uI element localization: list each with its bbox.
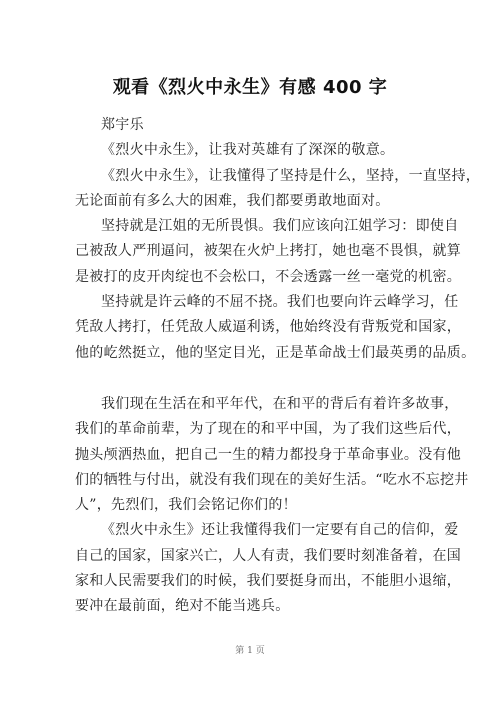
- text-line: 要冲在最前面，绝对不能当逃兵。: [75, 594, 395, 619]
- paragraph-gap: [75, 366, 395, 392]
- page-number: 第 1 页: [0, 643, 500, 656]
- text-line: 凭敌人拷打，任凭敌人威逼利诱，他始终没有背叛党和国家，: [75, 315, 395, 340]
- text-line: 坚持就是江姐的无所畏惧。我们应该向江姐学习：即使自: [75, 214, 395, 239]
- paragraph-block-1: 《烈火中永生》，让我对英雄有了深深的敬意。 《烈火中永生》，让我懂得了坚持是什么…: [75, 138, 395, 366]
- text-line: 我们的革命前辈，为了现在的和平中国，为了我们这些后代，: [75, 417, 395, 442]
- text-line: 家和人民需要我们的时候，我们要挺身而出，不能胆小退缩，: [75, 569, 395, 594]
- document-page: 观看《烈火中永生》有感 400 字 郑宇乐 《烈火中永生》，让我对英雄有了深深的…: [0, 0, 500, 708]
- text-line: 己被敌人严刑逼问，被架在火炉上拷打，她也毫不畏惧，就算: [75, 239, 395, 264]
- paragraph-block-2: 我们现在生活在和平年代，在和平的背后有着许多故事， 我们的革命前辈，为了现在的和…: [75, 392, 395, 620]
- document-body: 郑宇乐 《烈火中永生》，让我对英雄有了深深的敬意。 《烈火中永生》，让我懂得了坚…: [75, 113, 395, 620]
- author-line: 郑宇乐: [75, 113, 395, 138]
- text-line: 们的牺牲与付出，就没有我们现在的美好生活。“吃水不忘挖井: [75, 468, 395, 493]
- text-line: 《烈火中永生》，让我懂得了坚持是什么，坚持，一直坚持，: [75, 164, 395, 189]
- text-line: 自己的国家，国家兴亡，人人有责，我们要时刻准备着，在国: [75, 544, 395, 569]
- text-line: 坚持就是许云峰的不屈不挠。我们也要向许云峰学习，任: [75, 290, 395, 315]
- text-line: 我们现在生活在和平年代，在和平的背后有着许多故事，: [75, 392, 395, 417]
- document-title: 观看《烈火中永生》有感 400 字: [0, 73, 500, 99]
- text-line: 抛头颅洒热血，把自己一生的精力都投身于革命事业。没有他: [75, 443, 395, 468]
- text-line: 人”，先烈们，我们会铭记你们的！: [75, 493, 395, 518]
- text-line: 《烈火中永生》还让我懂得我们一定要有自己的信仰，爱: [75, 518, 395, 543]
- text-line: 是被打的皮开肉绽也不会松口，不会透露一丝一毫党的机密。: [75, 265, 395, 290]
- text-line: 无论面前有多么大的困难，我们都要勇敢地面对。: [75, 189, 395, 214]
- text-line: 《烈火中永生》，让我对英雄有了深深的敬意。: [75, 138, 395, 163]
- text-line: 他的屹然挺立，他的坚定目光，正是革命战士们最英勇的品质。: [75, 341, 395, 366]
